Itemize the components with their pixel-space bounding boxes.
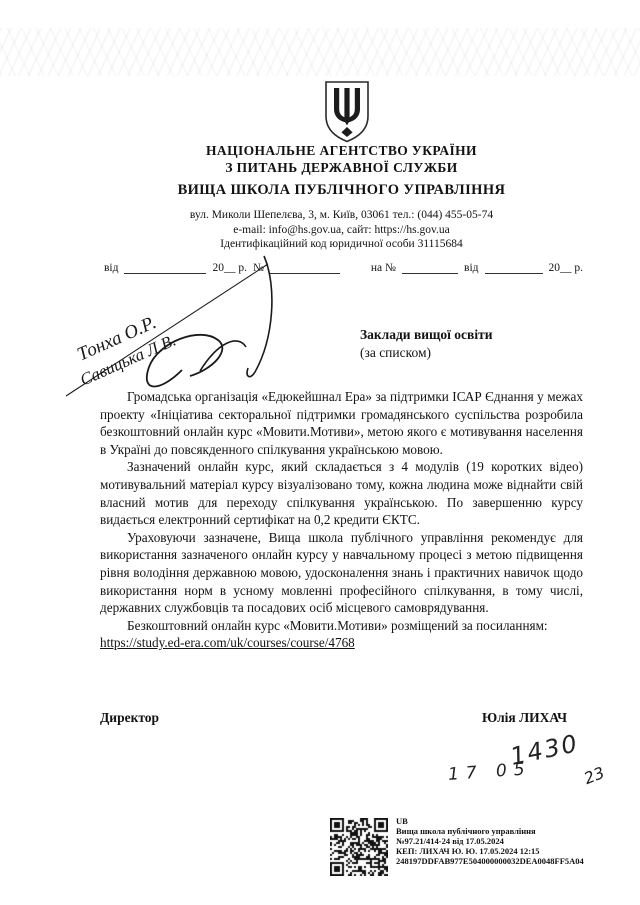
recipient-title: Заклади вищої освіти — [360, 326, 493, 344]
signature-row: Директор Юлія ЛИХАЧ — [100, 710, 567, 726]
paragraph-4-intro: Безкоштовний онлайн курс «Мовити.Мотиви»… — [100, 617, 583, 635]
org-name-line2: З ПИТАНЬ ДЕРЖАВНОЇ СЛУЖБИ — [100, 159, 583, 176]
recipient-block: Заклади вищої освіти (за списком) — [360, 326, 493, 361]
ref-on-number-label: на № — [371, 262, 396, 274]
scanned-letter-page: НАЦІОНАЛЬНЕ АГЕНТСТВО УКРАЇНИ З ПИТАНЬ Д… — [0, 0, 640, 905]
ref-from-label2: від — [464, 262, 478, 274]
paragraph-1: Громадська організація «Едюкейшнал Ера» … — [100, 388, 583, 458]
paragraph-2: Зазначений онлайн курс, який складається… — [100, 458, 583, 528]
paragraph-3: Ураховуючи зазначене, Вища школа публічн… — [100, 529, 583, 617]
coat-of-arms-trident-icon — [322, 80, 372, 144]
qr-code — [330, 818, 388, 876]
letterhead: НАЦІОНАЛЬНЕ АГЕНТСТВО УКРАЇНИ З ПИТАНЬ Д… — [100, 142, 583, 252]
ref-date-blank2 — [485, 262, 543, 274]
scan-noise-band — [0, 28, 640, 76]
signer-title: Директор — [100, 710, 159, 726]
signer-name: Юлія ЛИХАЧ — [482, 710, 567, 726]
handwritten-reg-year: 23 — [581, 763, 607, 788]
letter-body: Громадська організація «Едюкейшнал Ера» … — [100, 388, 583, 652]
course-link[interactable]: https://study.ed-era.com/uk/courses/cour… — [100, 634, 583, 652]
org-name-line3: ВИЩА ШКОЛА ПУБЛІЧНОГО УПРАВЛІННЯ — [100, 181, 583, 199]
e-signature-stamp: UB Вища школа публічного управління №97.… — [396, 817, 591, 867]
recipient-subtitle: (за списком) — [360, 344, 493, 362]
ref-year-suffix2: 20__ р. — [549, 262, 584, 274]
ref-on-number-blank — [402, 262, 458, 274]
org-address: вул. Миколи Шепелєва, 3, м. Київ, 03061 … — [100, 208, 583, 223]
org-contacts: e-mail: info@hs.gov.ua, сайт: https://hs… — [100, 223, 583, 238]
stamp-hash: 248197DDFAB977E504000000032DEA0048FF5A04 — [396, 857, 591, 867]
handwritten-reg-date: 17 05 — [447, 759, 532, 785]
handwritten-resolution: Тонха О.Р. Савицька Л.В. — [50, 250, 286, 402]
org-name-line1: НАЦІОНАЛЬНЕ АГЕНТСТВО УКРАЇНИ — [100, 142, 583, 159]
